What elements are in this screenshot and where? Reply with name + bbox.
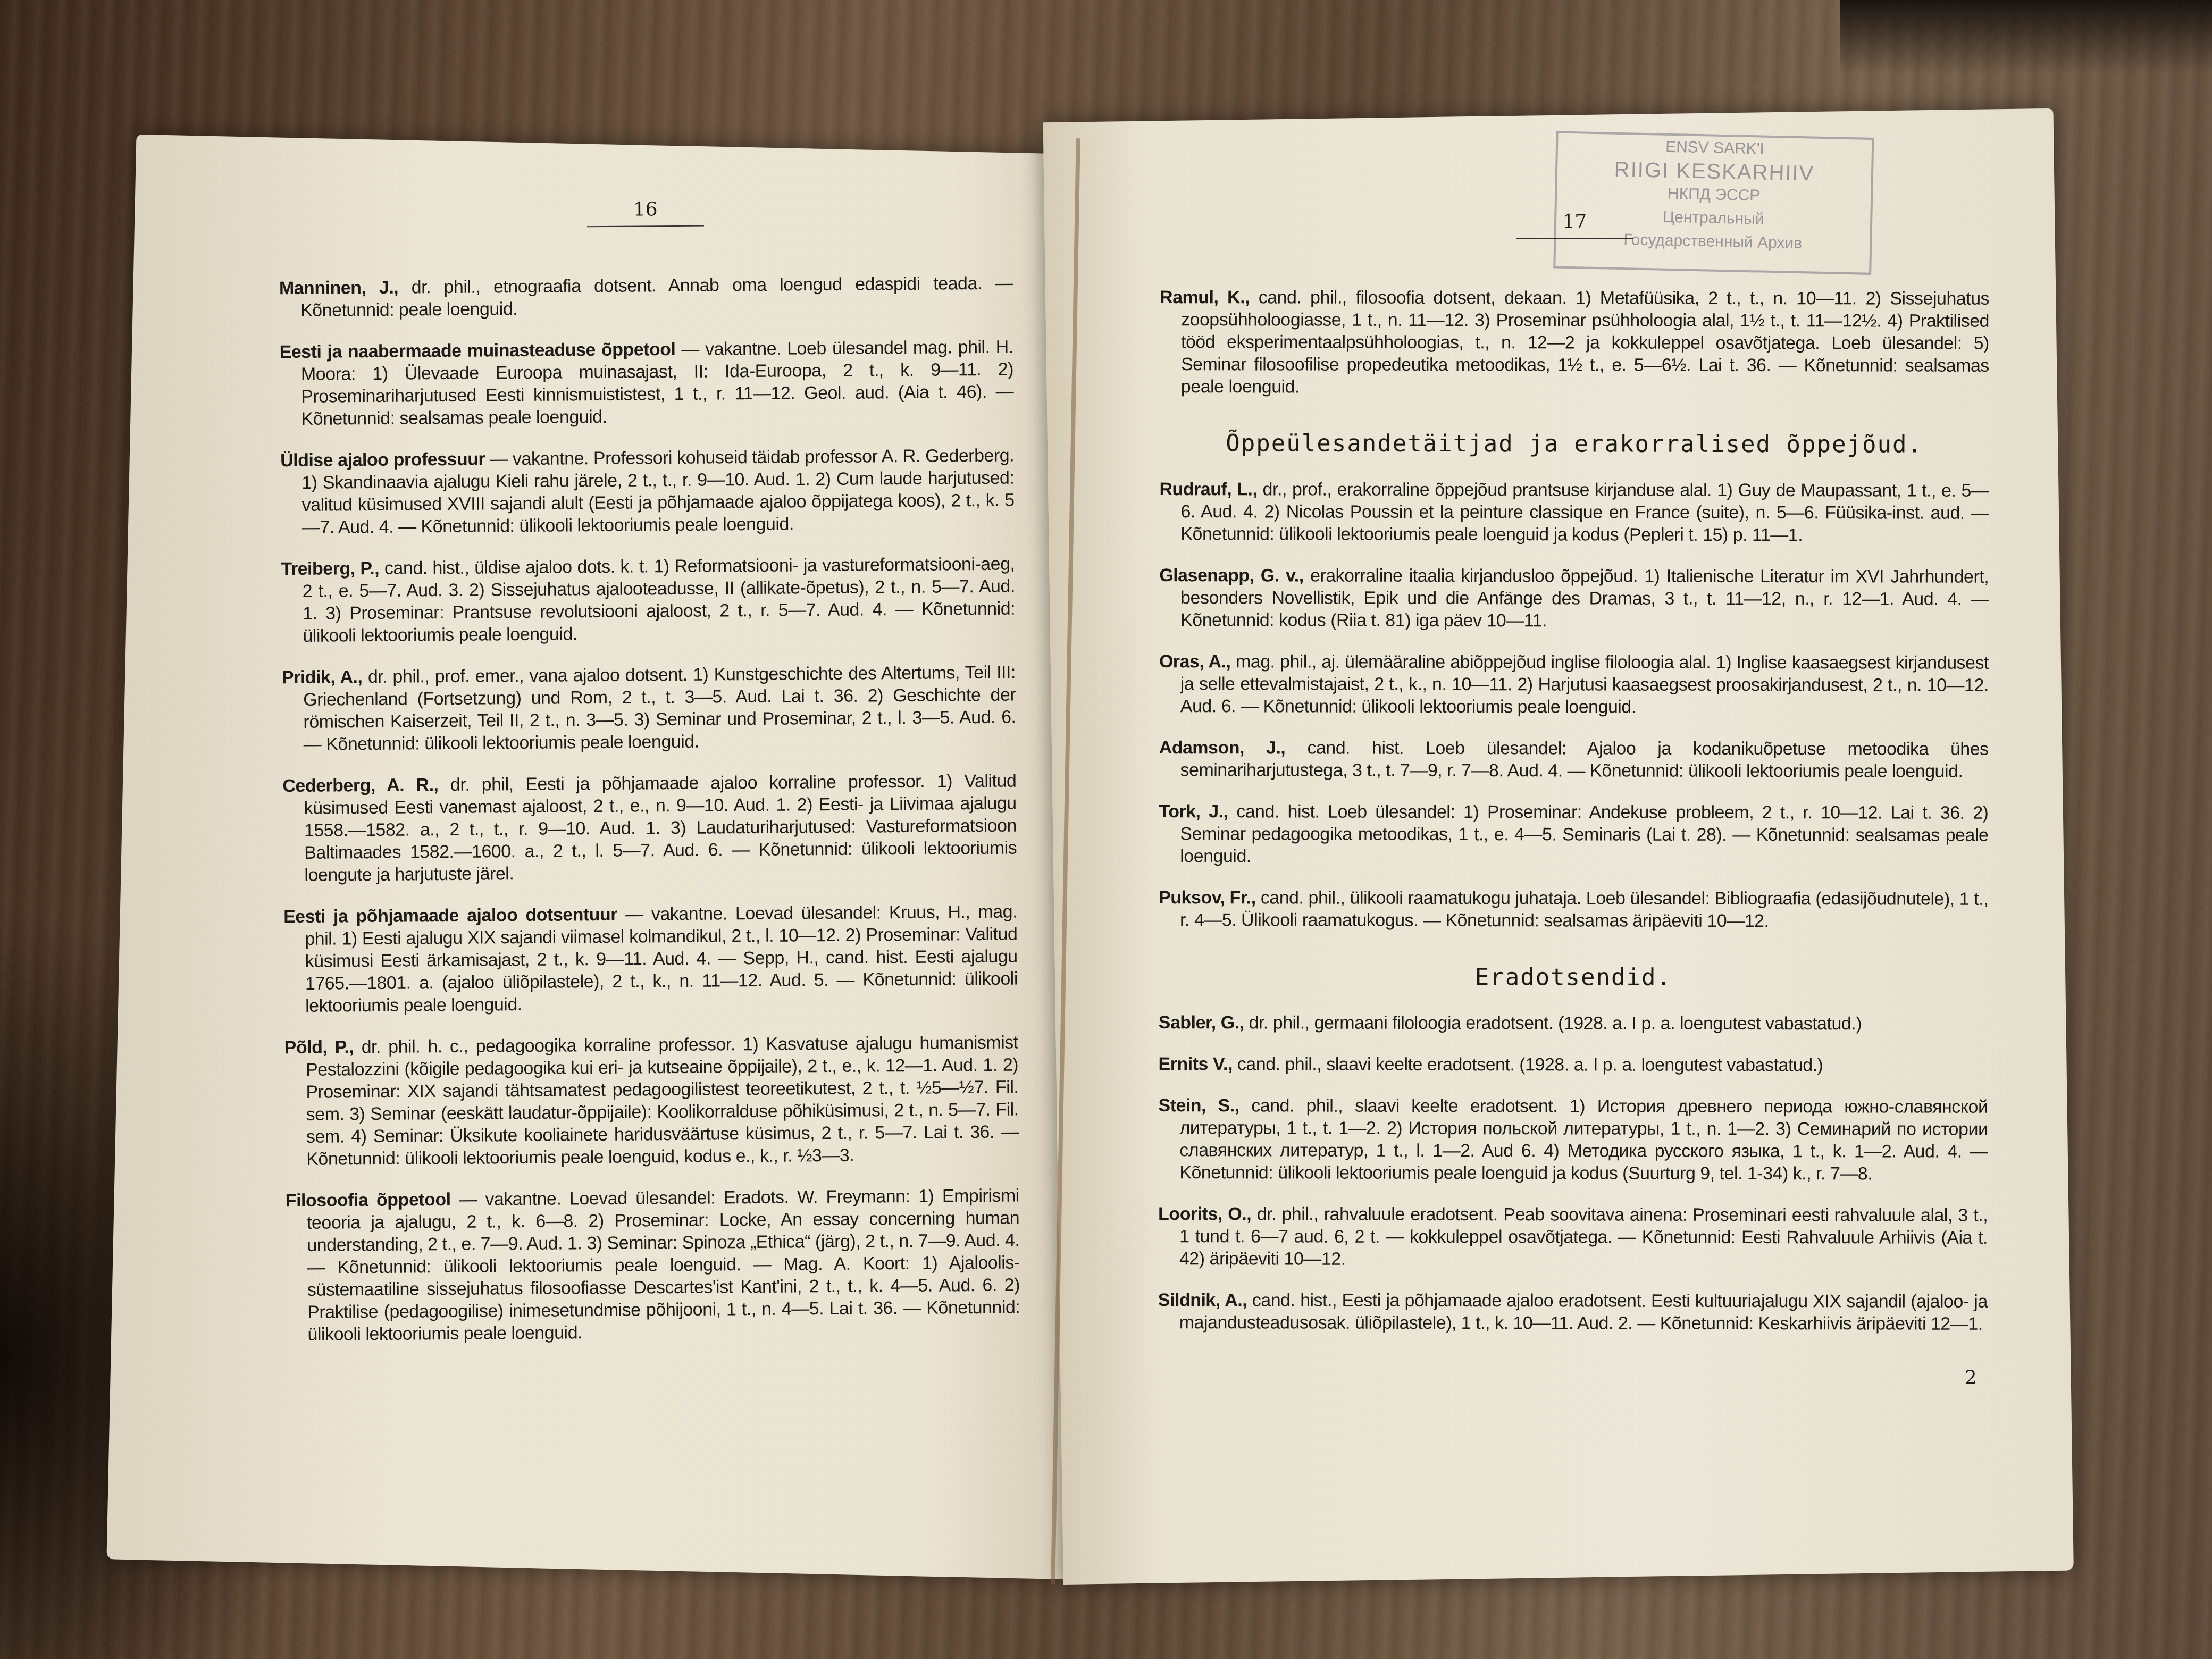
left-page: 16 Manninen, J., dr. phil., etnograafia … bbox=[106, 135, 1093, 1579]
page-number: 17 bbox=[1160, 210, 1989, 233]
catalog-entry: Eesti ja naabermaade muinasteaduse õppet… bbox=[279, 336, 1013, 431]
signature-mark: 2 bbox=[1158, 1365, 1988, 1389]
entry-head: Sabler, G., bbox=[1159, 1012, 1244, 1033]
entry-text: cand. hist., üldise ajaloo dots. k. t. 1… bbox=[303, 554, 1016, 646]
catalog-entry: Filosoofia õppetool — vakantne. Loevad ü… bbox=[286, 1185, 1020, 1346]
catalog-entry: Loorits, O., dr. phil., rahvaluule erado… bbox=[1158, 1203, 1988, 1271]
entry-head: Loorits, O., bbox=[1158, 1204, 1251, 1224]
catalog-entry: Sabler, G., dr. phil., germaani filoloog… bbox=[1159, 1011, 1988, 1035]
catalog-entry: Ramul, K., cand. phil., filosoofia dotse… bbox=[1160, 286, 1989, 399]
entry-text: mag. phil., aj. ülemääraline abiõppejõud… bbox=[1180, 651, 1989, 717]
catalog-entry: Manninen, J., dr. phil., etnograafia dot… bbox=[279, 272, 1013, 322]
right-page: ENSV SARK'I RIIGI KESKARHIIV НКПД ЭССР Ц… bbox=[1043, 108, 2074, 1585]
catalog-entry: Põld, P., dr. phil. h. c., pedagoogika k… bbox=[284, 1032, 1019, 1171]
entry-text: dr. phil., germaani filoloogia eradotsen… bbox=[1249, 1012, 1862, 1034]
section-heading: Eradotsendid. bbox=[1159, 963, 1988, 992]
catalog-entry: Sildnik, A., cand. hist., Eesti ja põhja… bbox=[1158, 1289, 1988, 1335]
entry-head: Eesti ja naabermaade muinasteaduse õppet… bbox=[280, 339, 676, 362]
entry-head: Põld, P., bbox=[284, 1037, 354, 1058]
header-rule bbox=[587, 225, 704, 228]
catalog-entry: Cederberg, A. R., dr. phil, Eesti ja põh… bbox=[282, 770, 1017, 887]
entry-text: cand. phil., ülikooli raamatukogu juhata… bbox=[1180, 887, 1988, 931]
entry-head: Tork, J., bbox=[1159, 801, 1228, 822]
entry-head: Eesti ja põhjamaade ajaloo dotsentuur bbox=[283, 904, 617, 927]
entry-head: Filosoofia õppetool bbox=[286, 1189, 451, 1211]
catalog-entry: Üldise ajaloo professuur — vakantne. Pro… bbox=[280, 445, 1015, 539]
entry-text: cand. hist., Eesti ja põhjamaade ajaloo … bbox=[1179, 1290, 1988, 1334]
catalog-entry: Stein, S., cand. phil., slaavi keelte er… bbox=[1158, 1094, 1988, 1185]
dark-object-top bbox=[1840, 0, 2212, 74]
catalog-entry: Puksov, Fr., cand. phil., ülikooli raama… bbox=[1159, 886, 1988, 933]
entry-text: cand. phil., slaavi keelte eradotsent. (… bbox=[1237, 1054, 1823, 1075]
entry-head: Puksov, Fr., bbox=[1159, 887, 1256, 908]
entry-head: Cederberg, A. R., bbox=[282, 775, 438, 796]
page-number: 16 bbox=[279, 196, 1012, 223]
catalog-entry: Treiberg, P., cand. hist., üldise ajaloo… bbox=[281, 553, 1015, 648]
entry-text: cand. phil., filosoofia dotsent, dekaan.… bbox=[1181, 287, 1989, 397]
entry-text: dr. phil., prof. emer., vana ajaloo dots… bbox=[303, 663, 1016, 755]
entry-text: cand. hist. Loeb ülesandel: Ajaloo ja ko… bbox=[1180, 738, 1989, 782]
entry-head: Ernits V., bbox=[1159, 1054, 1233, 1074]
catalog-entry: Ernits V., cand. phil., slaavi keelte er… bbox=[1159, 1053, 1988, 1077]
catalog-entry: Pridik, A., dr. phil., prof. emer., vana… bbox=[282, 661, 1016, 756]
entry-head: Treiberg, P., bbox=[281, 558, 379, 579]
entry-head: Stein, S., bbox=[1158, 1095, 1239, 1116]
entry-text: dr. phil., etnograafia dotsent. Annab om… bbox=[300, 273, 1013, 321]
entry-head: Ramul, K., bbox=[1160, 287, 1250, 307]
catalog-entry: Glasenapp, G. v., erakorraline itaalia k… bbox=[1159, 564, 1989, 633]
entry-head: Sildnik, A., bbox=[1158, 1290, 1247, 1310]
entry-head: Rudrauf, L., bbox=[1159, 479, 1257, 499]
entry-text: dr. phil., rahvaluule eradotsent. Peab s… bbox=[1179, 1204, 1988, 1269]
right-page-content: 17 Ramul, K., cand. phil., filosoofia do… bbox=[1158, 210, 1990, 1389]
entry-head: Oras, A., bbox=[1159, 651, 1231, 672]
catalog-entry: Tork, J., cand. hist. Loeb ülesandel: 1)… bbox=[1159, 800, 1988, 869]
header-rule bbox=[1516, 238, 1633, 239]
entry-head: Manninen, J., bbox=[279, 278, 399, 299]
entry-text: dr. phil. h. c., pedagoogika korraline p… bbox=[306, 1033, 1019, 1169]
entry-head: Üldise ajaloo professuur bbox=[280, 449, 485, 471]
left-page-content: 16 Manninen, J., dr. phil., etnograafia … bbox=[279, 196, 1020, 1365]
catalog-entry: Rudrauf, L., dr., prof., erakorraline õp… bbox=[1159, 478, 1989, 547]
section-heading: Õppeülesandetäitjad ja erakorralised õpp… bbox=[1160, 430, 1989, 458]
entry-head: Adamson, J., bbox=[1159, 738, 1286, 758]
catalog-entry: Adamson, J., cand. hist. Loeb ülesandel:… bbox=[1159, 736, 1989, 783]
entry-text: dr., prof., erakorraline õppejõud prants… bbox=[1180, 479, 1989, 545]
catalog-entry: Eesti ja põhjamaade ajaloo dotsentuur — … bbox=[283, 901, 1018, 1018]
entry-text: cand. phil., slaavi keelte eradotsent. 1… bbox=[1179, 1095, 1988, 1184]
entry-text: cand. hist. Loeb ülesandel: 1) Prosemina… bbox=[1180, 801, 1988, 866]
catalog-entry: Oras, A., mag. phil., aj. ülemääraline a… bbox=[1159, 650, 1989, 719]
entry-head: Pridik, A., bbox=[282, 667, 363, 688]
entry-head: Glasenapp, G. v., bbox=[1159, 565, 1304, 585]
